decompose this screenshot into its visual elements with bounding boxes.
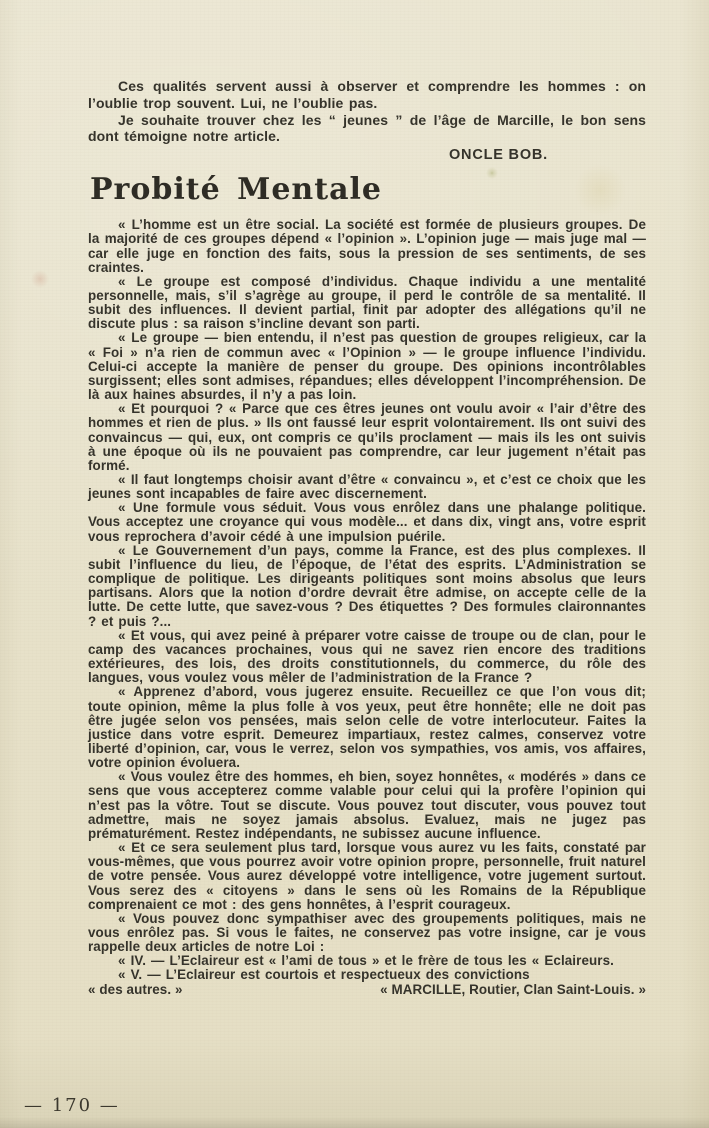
closing-signature-marcille: « MARCILLE, Routier, Clan Saint-Louis. »	[380, 983, 646, 997]
article-paragraph: « IV. — L’Eclaireur est « l’ami de tous …	[88, 954, 646, 968]
closing-line: « des autres. » « MARCILLE, Routier, Cla…	[88, 983, 646, 997]
intro-section: Ces qualités servent aussi à observer et…	[88, 78, 646, 145]
text-column: Ces qualités servent aussi à observer et…	[88, 78, 646, 997]
article-body: « L’homme est un être social. La société…	[88, 218, 646, 982]
article-paragraph: « Une formule vous séduit. Vous vous enr…	[88, 501, 646, 543]
article-paragraph: « Et ce sera seulement plus tard, lorsqu…	[88, 841, 646, 912]
article-paragraph: « Vous pouvez donc sympathiser avec des …	[88, 912, 646, 954]
article-paragraph: « Le groupe — bien entendu, il n’est pas…	[88, 331, 646, 402]
page-number: — 170 —	[24, 1095, 120, 1116]
closing-left-text: « des autres. »	[88, 983, 183, 997]
article-paragraph: « Et vous, qui avez peiné à préparer vot…	[88, 629, 646, 686]
article-paragraph: « Il faut longtemps choisir avant d’être…	[88, 473, 646, 501]
article-title: Probité Mentale	[90, 173, 646, 206]
intro-paragraph: Je souhaite trouver chez les “ jeunes ” …	[88, 112, 646, 146]
signature-oncle-bob: ONCLE BOB.	[88, 146, 548, 164]
intro-paragraph: Ces qualités servent aussi à observer et…	[88, 78, 646, 112]
scanned-page: Ces qualités servent aussi à observer et…	[0, 0, 709, 1128]
article-paragraph: « Le groupe est composé d’individus. Cha…	[88, 275, 646, 332]
article-paragraph: « Et pourquoi ? « Parce que ces êtres je…	[88, 402, 646, 473]
article-paragraph: « Le Gouvernement d’un pays, comme la Fr…	[88, 544, 646, 629]
article-paragraph: « Vous voulez être des hommes, eh bien, …	[88, 770, 646, 841]
article-paragraph: « Apprenez d’abord, vous jugerez ensuite…	[88, 685, 646, 770]
article-paragraph: « L’homme est un être social. La société…	[88, 218, 646, 275]
article-paragraph: « V. — L’Eclaireur est courtois et respe…	[88, 968, 646, 982]
